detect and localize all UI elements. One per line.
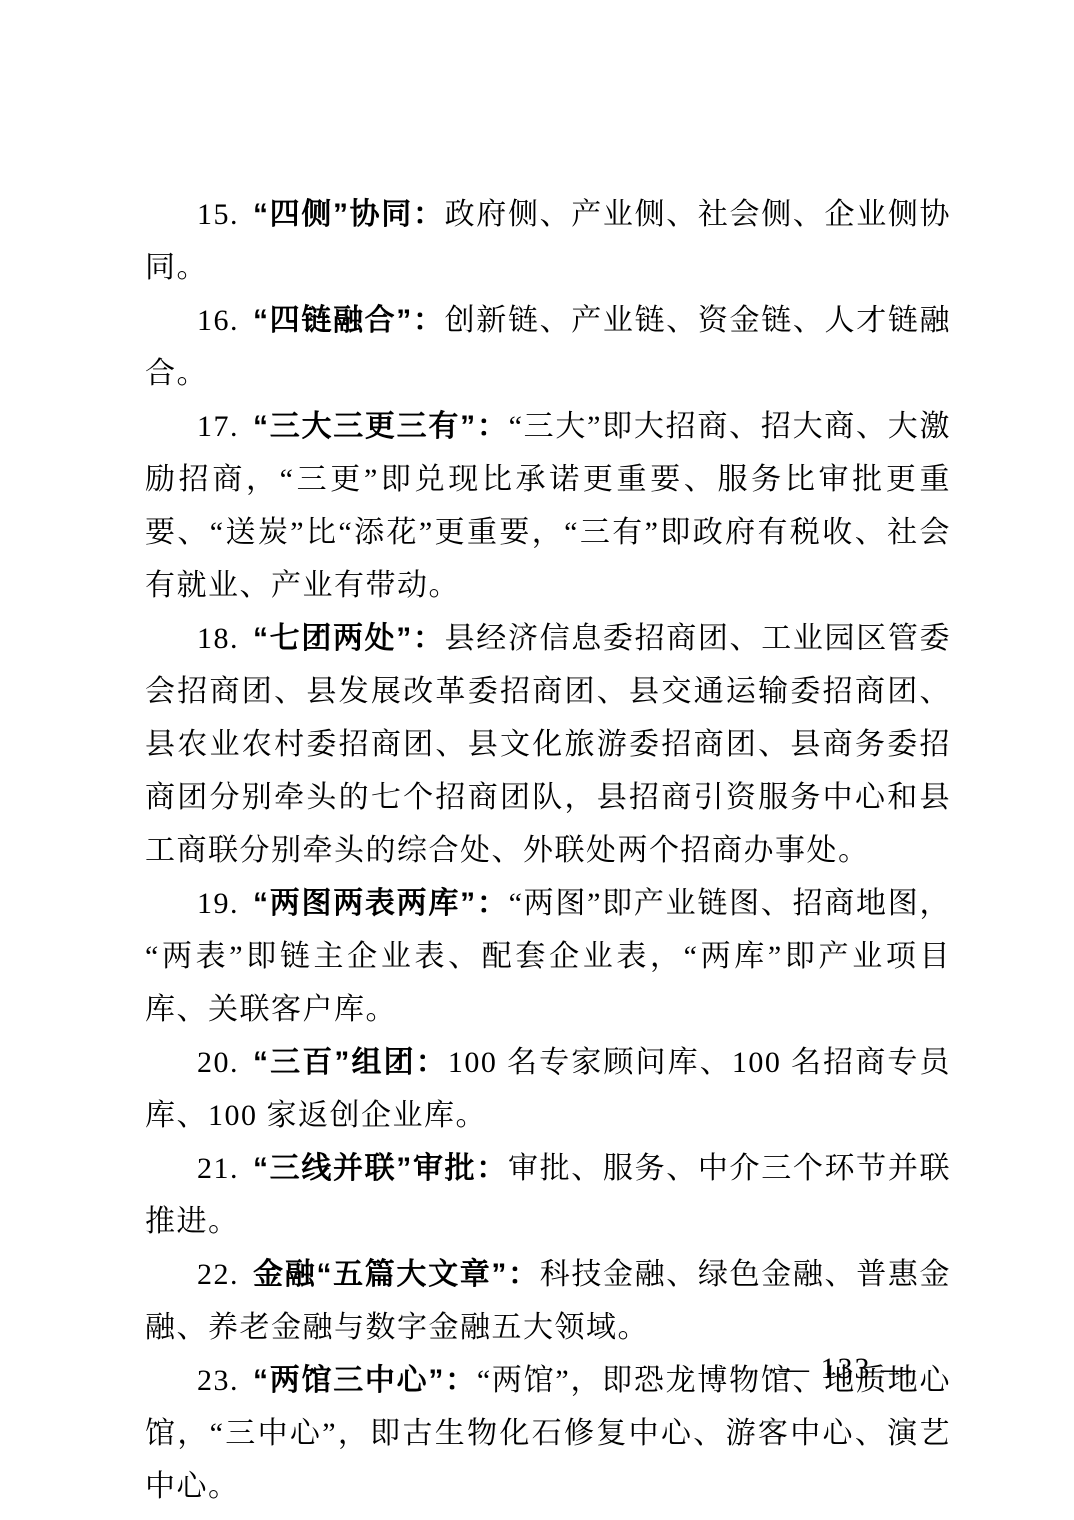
item-number: 21. [197, 1152, 253, 1185]
item-term: “三大三更三有”： [253, 410, 509, 443]
item-number: 20. [197, 1046, 253, 1079]
item-number: 22. [197, 1258, 253, 1291]
item-term: “四链融合”： [253, 304, 445, 337]
glossary-item-17: 17.“三大三更三有”：“三大”即大招商、招大商、大激励招商，“三更”即兑现比承… [145, 400, 951, 612]
item-term: “四侧”协同： [253, 198, 445, 231]
glossary-item-15: 15.“四侧”协同：政府侧、产业侧、社会侧、企业侧协同。 [145, 188, 951, 294]
item-number: 19. [197, 887, 253, 920]
glossary-item-16: 16.“四链融合”：创新链、产业链、资金链、人才链融合。 [145, 294, 951, 400]
item-number: 17. [197, 410, 253, 443]
item-number: 18. [197, 622, 253, 655]
item-number: 16. [197, 304, 253, 337]
glossary-item-20: 20.“三百”组团：100 名专家顾问库、100 名招商专员库、100 家返创企… [145, 1036, 951, 1142]
item-number: 15. [197, 198, 253, 231]
glossary-item-19: 19.“两图两表两库”：“两图”即产业链图、招商地图，“两表”即链主企业表、配套… [145, 877, 951, 1036]
item-term: 金融“五篇大文章”： [253, 1258, 540, 1291]
glossary-item-21: 21.“三线并联”审批：审批、服务、中介三个环节并联推进。 [145, 1142, 951, 1248]
item-term: “三线并联”审批： [253, 1152, 508, 1185]
glossary-list: 15.“四侧”协同：政府侧、产业侧、社会侧、企业侧协同。 16.“四链融合”：创… [145, 188, 951, 1513]
item-definition: 县经济信息委招商团、工业园区管委会招商团、县发展改革委招商团、县交通运输委招商团… [145, 622, 951, 867]
glossary-item-22: 22.金融“五篇大文章”：科技金融、绿色金融、普惠金融、养老金融与数字金融五大领… [145, 1248, 951, 1354]
item-term: “七团两处”： [253, 622, 445, 655]
glossary-item-18: 18.“七团两处”：县经济信息委招商团、工业园区管委会招商团、县发展改革委招商团… [145, 612, 951, 877]
page-number: — 133 — [0, 1352, 913, 1386]
item-term: “三百”组团： [253, 1046, 448, 1079]
document-page: 15.“四侧”协同：政府侧、产业侧、社会侧、企业侧协同。 16.“四链融合”：创… [0, 0, 1074, 1520]
item-term: “两图两表两库”： [253, 887, 509, 920]
